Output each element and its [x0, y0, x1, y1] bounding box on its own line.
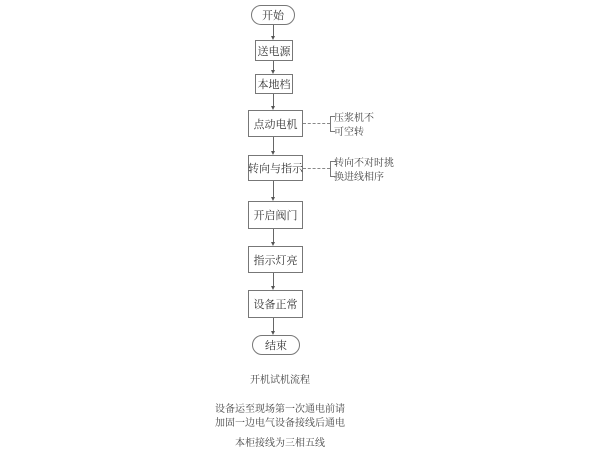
open-valve-label: 开启阀门: [254, 207, 298, 223]
jog-motor-node: 点动电机: [248, 110, 303, 137]
caption-note-line2: 加固一边电气设备接线后通电: [200, 414, 360, 429]
caption-note-line3: 本柜接线为三相五线: [220, 434, 340, 449]
annotation-line: 压浆机不: [334, 112, 374, 126]
connector: [273, 181, 274, 198]
equipment-normal-node: 设备正常: [248, 290, 303, 318]
jog-motor-label: 点动电机: [254, 116, 298, 132]
connector: [273, 318, 274, 332]
flowchart-title: 开机试机流程: [240, 371, 320, 386]
indicator-light-label: 指示灯亮: [254, 252, 298, 268]
start-label: 开始: [262, 7, 284, 23]
jog-motor-annotation: 压浆机不 可空转: [334, 112, 374, 140]
annotation-line: 可空转: [334, 126, 374, 140]
equipment-normal-label: 设备正常: [254, 296, 298, 312]
direction-check-annotation: 转向不对时挑 换进线相序: [334, 157, 394, 185]
connector: [273, 273, 274, 287]
annotation-line: 换进线相序: [334, 171, 394, 185]
power-on-node: 送电源: [255, 40, 293, 61]
end-label: 结束: [265, 337, 287, 353]
connector: [273, 229, 274, 243]
caption-note-line1: 设备运至现场第一次通电前请: [200, 400, 360, 415]
annotation-connector: [303, 123, 330, 125]
annotation-line: 转向不对时挑: [334, 157, 394, 171]
annotation-connector: [303, 168, 330, 170]
open-valve-node: 开启阀门: [248, 201, 303, 229]
local-mode-label: 本地档: [258, 76, 291, 92]
direction-check-label: 转向与指示: [248, 160, 303, 176]
indicator-light-node: 指示灯亮: [248, 246, 303, 273]
start-node: 开始: [251, 5, 295, 25]
power-on-label: 送电源: [258, 43, 291, 59]
local-mode-node: 本地档: [255, 74, 293, 94]
connector: [273, 137, 274, 152]
direction-check-node: 转向与指示: [248, 155, 303, 181]
end-node: 结束: [252, 335, 300, 355]
